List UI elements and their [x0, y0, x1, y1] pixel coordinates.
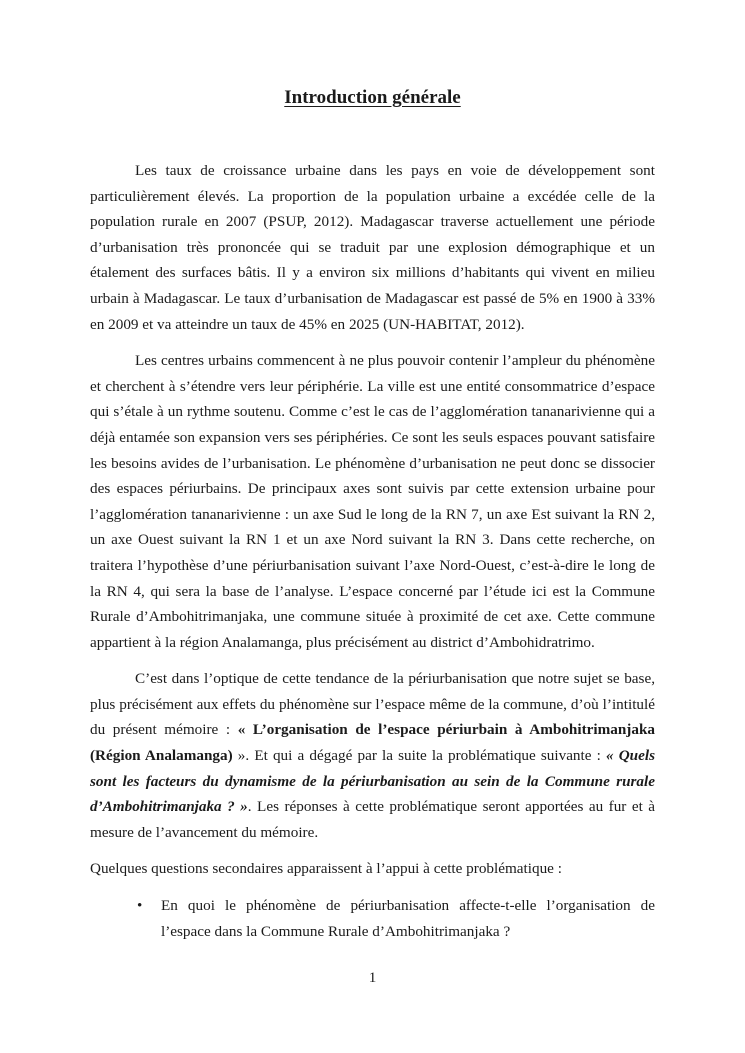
page-title-text: Introduction générale [284, 87, 460, 108]
list-item: • En quoi le phénomène de périurbanisati… [135, 893, 655, 944]
secondary-questions-list: • En quoi le phénomène de périurbanisati… [90, 893, 655, 944]
page-number: 1 [0, 965, 745, 991]
document-page: Introduction générale Les taux de croiss… [0, 0, 745, 1053]
paragraph-3-text: ». Et qui a dégagé par la suite la probl… [233, 747, 606, 764]
list-item-text: En quoi le phénomène de périurbanisation… [161, 897, 655, 940]
paragraph-2: Les centres urbains commencent à ne plus… [90, 348, 655, 655]
paragraph-4: Quelques questions secondaires apparaiss… [90, 856, 655, 882]
paragraph-3: C’est dans l’optique de cette tendance d… [90, 666, 655, 845]
bullet-icon: • [137, 893, 142, 919]
page-title: Introduction générale [90, 86, 655, 110]
paragraph-1: Les taux de croissance urbaine dans les … [90, 158, 655, 337]
